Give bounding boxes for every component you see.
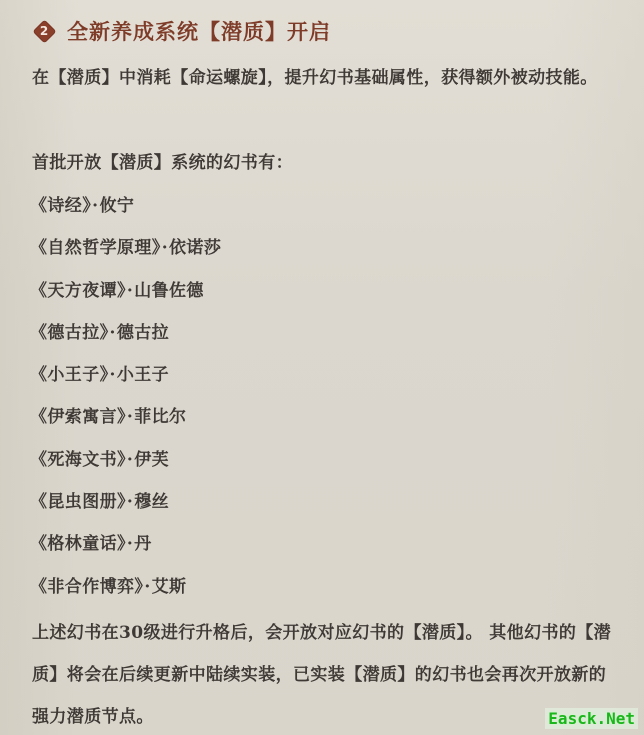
watermark: Easck.Net bbox=[545, 708, 638, 729]
book-title: 《昆虫图册》 bbox=[30, 492, 126, 512]
character-name: 山鲁佐德 bbox=[134, 281, 204, 301]
section-heading: 2 全新养成系统【潜质】开启 bbox=[33, 14, 331, 48]
list-item: 《诗经》·攸宁 bbox=[30, 185, 221, 227]
separator: · bbox=[127, 534, 133, 554]
separator: · bbox=[110, 323, 116, 343]
separator: · bbox=[110, 365, 116, 385]
separator: · bbox=[127, 281, 133, 301]
book-title: 《非合作博弈》 bbox=[30, 577, 143, 597]
separator: · bbox=[144, 577, 150, 597]
separator: · bbox=[127, 450, 133, 470]
number-badge-icon: 2 bbox=[33, 20, 55, 42]
book-title: 《格林童话》 bbox=[30, 534, 126, 554]
list-item: 《昆虫图册》·穆丝 bbox=[30, 481, 221, 523]
character-name: 丹 bbox=[134, 534, 151, 554]
list-item: 《小王子》·小王子 bbox=[30, 354, 221, 396]
character-name: 依诺莎 bbox=[169, 238, 221, 258]
character-name: 伊芙 bbox=[134, 450, 169, 470]
book-title: 《伊索寓言》 bbox=[30, 407, 126, 427]
list-item: 《伊索寓言》·菲比尔 bbox=[30, 396, 221, 438]
list-item: 《德古拉》·德古拉 bbox=[30, 312, 221, 354]
list-item: 《天方夜谭》·山鲁佐德 bbox=[30, 270, 221, 312]
list-item: 《自然哲学原理》·依诺莎 bbox=[30, 227, 221, 269]
separator: · bbox=[127, 407, 133, 427]
character-name: 穆丝 bbox=[134, 492, 169, 512]
separator: · bbox=[162, 238, 168, 258]
character-name: 艾斯 bbox=[152, 577, 187, 597]
list-item: 《格林童话》·丹 bbox=[30, 523, 221, 565]
character-name: 小王子 bbox=[117, 365, 169, 385]
character-name: 菲比尔 bbox=[134, 407, 186, 427]
section-title: 全新养成系统【潜质】开启 bbox=[67, 16, 331, 46]
character-name: 攸宁 bbox=[99, 196, 134, 216]
book-list: 《诗经》·攸宁 《自然哲学原理》·依诺莎 《天方夜谭》·山鲁佐德 《德古拉》·德… bbox=[30, 185, 221, 608]
list-item: 《死海文书》·伊芙 bbox=[30, 439, 221, 481]
book-title: 《天方夜谭》 bbox=[30, 281, 126, 301]
list-intro: 首批开放【潜质】系统的幻书有： bbox=[32, 142, 616, 184]
outro-paragraph: 上述幻书在30级进行升格后，会开放对应幻书的【潜质】。 其他幻书的【潜质】将会在… bbox=[32, 612, 616, 735]
book-title: 《诗经》 bbox=[30, 196, 91, 216]
list-item: 《非合作博弈》·艾斯 bbox=[30, 566, 221, 608]
book-title: 《死海文书》 bbox=[30, 450, 126, 470]
section-number: 2 bbox=[40, 25, 48, 37]
separator: · bbox=[127, 492, 133, 512]
intro-paragraph: 在【潜质】中消耗【命运螺旋】，提升幻书基础属性，获得额外被动技能。 bbox=[32, 57, 616, 99]
book-title: 《自然哲学原理》 bbox=[30, 238, 161, 258]
separator: · bbox=[92, 196, 98, 216]
character-name: 德古拉 bbox=[117, 323, 169, 343]
book-title: 《小王子》 bbox=[30, 365, 109, 385]
book-title: 《德古拉》 bbox=[30, 323, 109, 343]
